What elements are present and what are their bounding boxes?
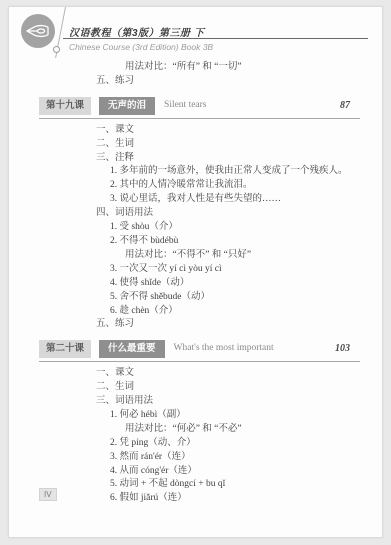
textbook-page: 汉语教程（第3版）第三册 下 Chinese Course (3rd Editi… <box>8 6 383 538</box>
lesson-page-number: 87 <box>340 99 360 113</box>
lesson-entry: 第二十课 什么最重要 What's the most important 103… <box>39 340 360 506</box>
toc-line: 三、注释 <box>96 152 360 166</box>
lesson-title-en: Silent tears <box>164 99 206 113</box>
toc-line: 一、课文 <box>96 124 360 138</box>
folio-page-number: IV <box>39 488 57 501</box>
toc-line: 2. 凭 píng（动、介） <box>110 437 360 451</box>
toc-line: 五、练习 <box>96 318 360 332</box>
publisher-logo <box>21 14 55 48</box>
toc-content: 用法对比：“所有” 和 “一切”五、练习 第十九课 无声的泪 Silent te… <box>39 61 360 506</box>
toc-line: 二、生词 <box>96 381 360 395</box>
toc-line: 四、词语用法 <box>96 207 360 221</box>
lesson-bar: 第十九课 无声的泪 Silent tears 87 <box>39 97 360 119</box>
toc-line: 3. 一次又一次 yí cì yòu yí cì <box>110 263 360 277</box>
lesson-items: 一、课文二、生词三、词语用法1. 何必 hébì（副）用法对比：“何必” 和 “… <box>39 367 360 506</box>
lesson-page-number: 103 <box>335 342 360 356</box>
toc-line: 用法对比：“所有” 和 “一切” <box>125 61 360 75</box>
toc-line: 5. 舍不得 shěbude（动） <box>110 291 360 305</box>
lesson-entry: 第十九课 无声的泪 Silent tears 87 一、课文二、生词三、注释1.… <box>39 97 360 333</box>
decorative-dot <box>53 46 60 53</box>
lesson-title-zh: 无声的泪 <box>99 97 155 115</box>
toc-line: 1. 多年前的一场意外，使我由正常人变成了一个残疾人。 <box>110 165 360 179</box>
toc-line: 4. 使得 shǐde（动） <box>110 277 360 291</box>
lesson-items: 一、课文二、生词三、注释1. 多年前的一场意外，使我由正常人变成了一个残疾人。2… <box>39 124 360 333</box>
lesson-title-zh: 什么最重要 <box>99 340 165 358</box>
toc-line: 二、生词 <box>96 138 360 152</box>
toc-line: 2. 不得不 bùdébù <box>110 235 360 249</box>
toc-line: 一、课文 <box>96 367 360 381</box>
book-title-en: Chinese Course (3rd Edition) Book 3B <box>69 42 213 52</box>
toc-line: 1. 何必 hébì（副） <box>110 409 360 423</box>
toc-line: 6. 假如 jiǎrú（连） <box>110 492 360 506</box>
toc-line: 用法对比：“不得不” 和 “只好” <box>125 249 360 263</box>
toc-line: 2. 其中的人情冷暖常常让我流泪。 <box>110 179 360 193</box>
lesson-number-badge: 第十九课 <box>39 97 91 115</box>
toc-line: 用法对比：“何必” 和 “不必” <box>125 423 360 437</box>
header-rule <box>63 38 368 39</box>
lesson-title-en: What's the most important <box>174 342 274 356</box>
toc-line: 1. 受 shòu（介） <box>110 221 360 235</box>
lesson-number-badge: 第二十课 <box>39 340 91 358</box>
toc-line: 三、词语用法 <box>96 395 360 409</box>
book-title-zh: 汉语教程（第3版）第三册 下 <box>69 24 204 39</box>
lesson-bar: 第二十课 什么最重要 What's the most important 103 <box>39 340 360 362</box>
toc-line: 3. 然而 rán'ér（连） <box>110 451 360 465</box>
toc-line: 4. 从而 cóng'ér（连） <box>110 465 360 479</box>
toc-intro: 用法对比：“所有” 和 “一切”五、练习 <box>39 61 360 89</box>
toc-line: 五、练习 <box>96 75 360 89</box>
toc-lessons: 第十九课 无声的泪 Silent tears 87 一、课文二、生词三、注释1.… <box>39 97 360 506</box>
toc-line: 5. 动词 + 不起 dòngcí + bu qǐ <box>110 478 360 492</box>
pen-nib-icon <box>21 14 55 48</box>
toc-line: 3. 说心里话，我对人性是有些失望的…… <box>110 193 360 207</box>
toc-line: 6. 趁 chèn（介） <box>110 305 360 319</box>
